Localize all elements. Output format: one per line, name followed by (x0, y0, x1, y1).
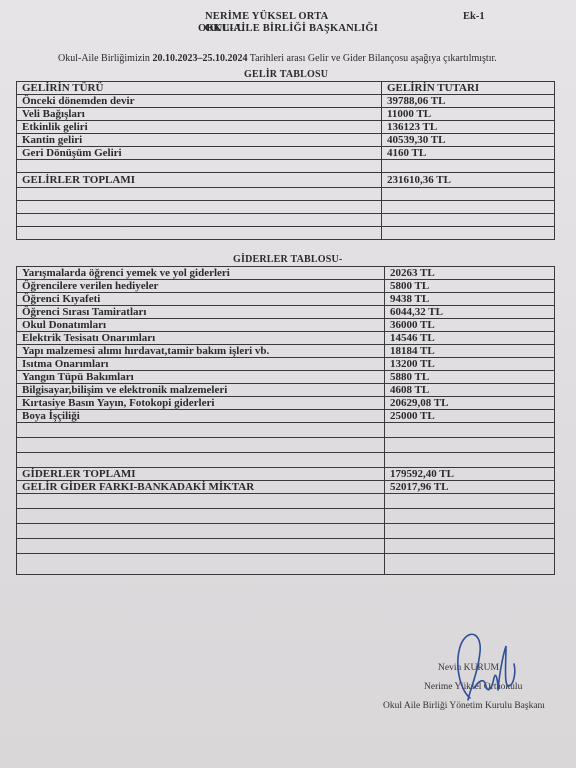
expense-amount: 20629,08 TL (385, 397, 555, 410)
annex-label: Ek-1 (463, 11, 485, 22)
income-type: Geri Dönüşüm Geliri (17, 147, 382, 160)
expense-amount: 6044,32 TL (385, 306, 555, 319)
income-total-label: GELİRLER TOPLAMI (17, 173, 382, 188)
expense-amount: 36000 TL (385, 319, 555, 332)
intro-period: 20.10.2023–25.10.2024 (152, 53, 247, 64)
expense-type: Yarışmalarda öğrenci yemek ve yol giderl… (17, 267, 385, 280)
expense-type: Okul Donatımları (17, 319, 385, 332)
table-row: Boya İşçiliği 25000 TL (17, 410, 555, 423)
empty-row (17, 509, 555, 524)
expense-amount: 9438 TL (385, 293, 555, 306)
income-amount: 40539,30 TL (382, 134, 555, 147)
intro-sentence: Okul-Aile Birliğimizin 20.10.2023–25.10.… (58, 53, 497, 64)
income-amount: 39788,06 TL (382, 95, 555, 108)
expense-amount: 5800 TL (385, 280, 555, 293)
expense-type: Yapı malzemesi alımı hırdavat,tamir bakı… (17, 345, 385, 358)
expense-type: Isıtma Onarımları (17, 358, 385, 371)
income-col-type: GELİRİN TÜRÜ (17, 82, 382, 95)
expense-type: Yangın Tüpü Bakımları (17, 371, 385, 384)
income-table: GELİRİN TÜRÜ GELİRİN TUTARI Önceki dönem… (16, 81, 555, 240)
empty-row (17, 160, 555, 173)
empty-row (17, 554, 555, 575)
expense-total-amount: 179592,40 TL (385, 468, 555, 481)
balance-amount: 52017,96 TL (385, 481, 555, 494)
income-type: Veli Bağışları (17, 108, 382, 121)
expense-amount: 4608 TL (385, 384, 555, 397)
income-amount: 4160 TL (382, 147, 555, 160)
expense-total-label: GİDERLER TOPLAMI (17, 468, 385, 481)
table-row: Veli Bağışları 11000 TL (17, 108, 555, 121)
expense-amount: 20263 TL (385, 267, 555, 280)
table-row: Kantin geliri 40539,30 TL (17, 134, 555, 147)
table-row: Kırtasiye Basın Yayın, Fotokopi giderler… (17, 397, 555, 410)
income-type: Etkinlik geliri (17, 121, 382, 134)
signature-scribble-icon (440, 628, 540, 708)
expense-amount: 18184 TL (385, 345, 555, 358)
empty-row (17, 524, 555, 539)
table-row: Önceki dönemden devir 39788,06 TL (17, 95, 555, 108)
income-total-row: GELİRLER TOPLAMI 231610,36 TL (17, 173, 555, 188)
expense-type: Elektrik Tesisatı Onarımları (17, 332, 385, 345)
expense-amount: 14546 TL (385, 332, 555, 345)
table-row: Geri Dönüşüm Geliri 4160 TL (17, 147, 555, 160)
income-type: Kantin geliri (17, 134, 382, 147)
balance-row: GELİR GİDER FARKI-BANKADAKİ MİKTAR 52017… (17, 481, 555, 494)
table-row: Yapı malzemesi alımı hırdavat,tamir bakı… (17, 345, 555, 358)
income-type: Önceki dönemden devir (17, 95, 382, 108)
empty-row (17, 227, 555, 240)
table-row: Okul Donatımları 36000 TL (17, 319, 555, 332)
empty-row (17, 453, 555, 468)
table-row: Etkinlik geliri 136123 TL (17, 121, 555, 134)
table-row: Yangın Tüpü Bakımları 5880 TL (17, 371, 555, 384)
office-name: OKUL-AİLE BİRLİĞİ BAŞKANLIĞI (198, 23, 398, 35)
table-row: Isıtma Onarımları 13200 TL (17, 358, 555, 371)
table-row: Öğrenci Kıyafeti 9438 TL (17, 293, 555, 306)
empty-row (17, 539, 555, 554)
expense-type: Öğrenci Kıyafeti (17, 293, 385, 306)
empty-row (17, 494, 555, 509)
expense-type: Öğrencilere verilen hediyeler (17, 280, 385, 293)
empty-row (17, 201, 555, 214)
expense-total-row: GİDERLER TOPLAMI 179592,40 TL (17, 468, 555, 481)
income-amount: 136123 TL (382, 121, 555, 134)
balance-label: GELİR GİDER FARKI-BANKADAKİ MİKTAR (17, 481, 385, 494)
income-total-amount: 231610,36 TL (382, 173, 555, 188)
document-page: NERİME YÜKSEL ORTA OKULU OKUL-AİLE BİRLİ… (0, 0, 576, 768)
income-amount: 11000 TL (382, 108, 555, 121)
intro-prefix: Okul-Aile Birliğimizin (58, 53, 152, 64)
table-row: Yarışmalarda öğrenci yemek ve yol giderl… (17, 267, 555, 280)
intro-suffix: Tarihleri arası Gelir ve Gider Bilançosu… (247, 53, 496, 64)
expense-type: Kırtasiye Basın Yayın, Fotokopi giderler… (17, 397, 385, 410)
income-col-amount: GELİRİN TUTARI (382, 82, 555, 95)
empty-row (17, 214, 555, 227)
table-row: Öğrenci Sırası Tamiratları 6044,32 TL (17, 306, 555, 319)
income-table-title: GELİR TABLOSU (244, 69, 328, 80)
expense-amount: 5880 TL (385, 371, 555, 384)
expense-type: Boya İşçiliği (17, 410, 385, 423)
empty-row (17, 438, 555, 453)
expense-type: Öğrenci Sırası Tamiratları (17, 306, 385, 319)
expense-amount: 13200 TL (385, 358, 555, 371)
expense-table-title: GİDERLER TABLOSU- (233, 254, 342, 265)
table-row: Elektrik Tesisatı Onarımları 14546 TL (17, 332, 555, 345)
empty-row (17, 423, 555, 438)
table-row: Bilgisayar,bilişim ve elektronik malzeme… (17, 384, 555, 397)
expense-amount: 25000 TL (385, 410, 555, 423)
income-header-row: GELİRİN TÜRÜ GELİRİN TUTARI (17, 82, 555, 95)
expense-table: Yarışmalarda öğrenci yemek ve yol giderl… (16, 266, 555, 575)
empty-row (17, 188, 555, 201)
table-row: Öğrencilere verilen hediyeler 5800 TL (17, 280, 555, 293)
expense-type: Bilgisayar,bilişim ve elektronik malzeme… (17, 384, 385, 397)
